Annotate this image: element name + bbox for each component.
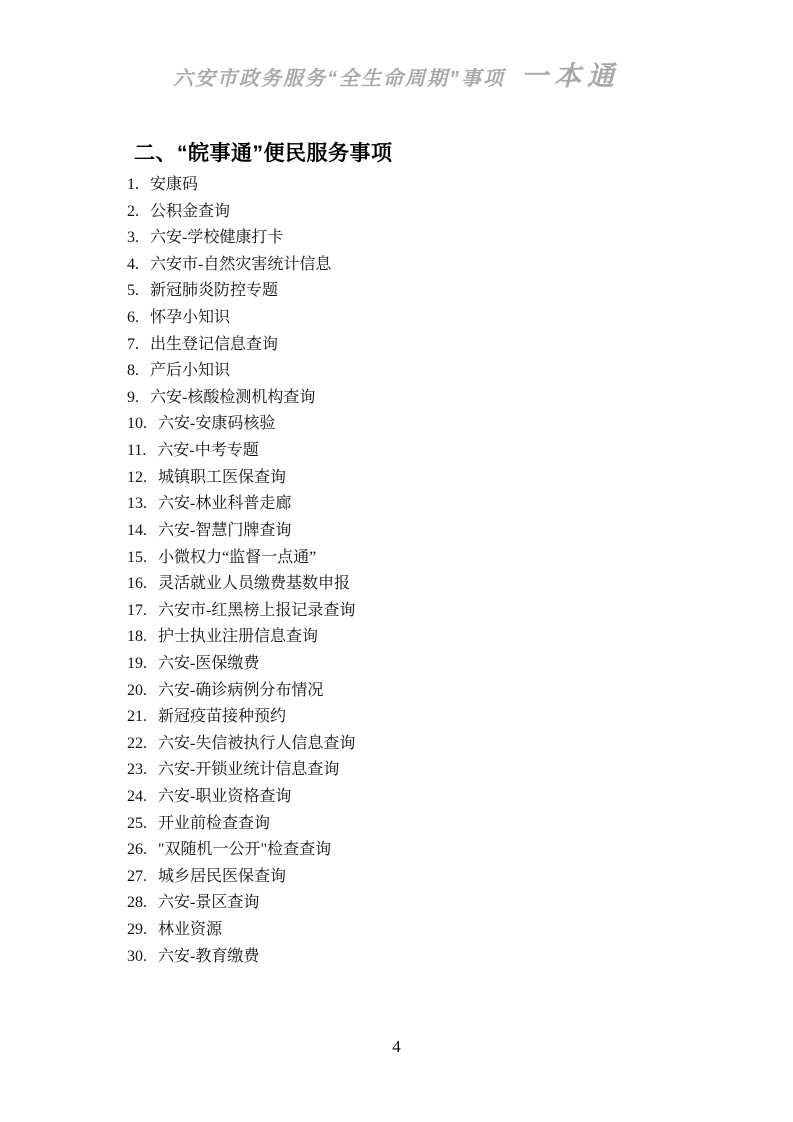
list-item-number: 6. [127,309,139,326]
list-item-number: 3. [127,229,139,246]
document-page: 六安市政务服务“全生命周期”事项 一本通 二、“皖事通”便民服务事项 1. 安康… [0,0,793,1122]
page-number: 4 [392,1037,401,1056]
list-item: 5. 新冠肺炎防控专题 [127,278,743,305]
list-item: 4. 六安市-自然灾害统计信息 [127,252,743,279]
list-item-label: 六安-确诊病例分布情况 [158,682,323,699]
list-item-number: 11. [127,442,146,459]
list-item-number: 10. [127,415,147,432]
list-item: 6. 怀孕小知识 [127,305,743,332]
list-item: 14. 六安-智慧门牌查询 [127,518,743,545]
list-item: 12. 城镇职工医保查询 [127,465,743,492]
list-item-number: 24. [127,788,147,805]
list-item: 17. 六安市-红黑榜上报记录查询 [127,598,743,625]
list-item: 22. 六安-失信被执行人信息查询 [127,731,743,758]
list-item: 2. 公积金查询 [127,199,743,226]
list-item-number: 27. [127,868,147,885]
list-item: 19. 六安-医保缴费 [127,651,743,678]
list-item-label: 城镇职工医保查询 [158,469,286,486]
list-item-label: 六安-林业科普走廊 [158,495,291,512]
list-item: 24. 六安-职业资格查询 [127,784,743,811]
list-item-label: 开业前检查查询 [158,815,270,832]
list-item-label: 新冠肺炎防控专题 [150,282,278,299]
list-item-number: 5. [127,282,139,299]
list-item: 20. 六安-确诊病例分布情况 [127,678,743,705]
list-item-label: 出生登记信息查询 [150,336,278,353]
list-item-label: 怀孕小知识 [150,309,230,326]
list-item-number: 14. [127,522,147,539]
list-item: 8. 产后小知识 [127,358,743,385]
list-item-number: 29. [127,921,147,938]
list-item-number: 12. [127,469,147,486]
list-item-number: 17. [127,602,147,619]
list-item: 9. 六安-核酸检测机构查询 [127,385,743,412]
list-item-number: 4. [127,256,139,273]
list-item: 16. 灵活就业人员缴费基数申报 [127,571,743,598]
list-item-label: "双随机一公开"检查查询 [158,841,331,858]
list-item-number: 16. [127,575,147,592]
list-item-label: 六安-失信被执行人信息查询 [158,735,355,752]
running-header-title: 六安市政务服务“全生命周期”事项 [173,62,505,91]
list-item-label: 护士执业注册信息查询 [158,628,318,645]
list-item: 3. 六安-学校健康打卡 [127,225,743,252]
list-item-number: 25. [127,815,147,832]
list-item-number: 26. [127,841,147,858]
list-item-number: 19. [127,655,147,672]
list-item-label: 小微权力“监督一点通” [158,549,316,566]
list-item: 27. 城乡居民医保查询 [127,864,743,891]
list-item-number: 18. [127,628,147,645]
list-item-number: 2. [127,203,139,220]
list-item-number: 28. [127,894,147,911]
list-item-label: 产后小知识 [150,362,230,379]
list-item: 18. 护士执业注册信息查询 [127,624,743,651]
list-item-number: 21. [127,708,147,725]
list-item-label: 新冠疫苗接种预约 [158,708,286,725]
list-item-label: 六安-中考专题 [157,442,258,459]
list-item: 25. 开业前检查查询 [127,811,743,838]
list-item: 28. 六安-景区查询 [127,890,743,917]
list-item-number: 9. [127,389,139,406]
list-item-label: 灵活就业人员缴费基数申报 [158,575,350,592]
page-footer: 4 [0,1037,793,1057]
list-item-number: 7. [127,336,139,353]
list-item-label: 林业资源 [158,921,222,938]
list-item-label: 六安-安康码核验 [158,415,275,432]
list-item-label: 安康码 [150,176,198,193]
list-item: 13. 六安-林业科普走廊 [127,491,743,518]
list-item-label: 六安-学校健康打卡 [150,229,283,246]
list-item: 15. 小微权力“监督一点通” [127,545,743,572]
list-item-label: 六安-核酸检测机构查询 [150,389,315,406]
list-item: 7. 出生登记信息查询 [127,332,743,359]
list-item: 10. 六安-安康码核验 [127,411,743,438]
list-item-label: 六安-教育缴费 [158,948,259,965]
list-item: 23. 六安-开锁业统计信息查询 [127,757,743,784]
brand-wordmark: 一本通 [521,54,620,93]
list-item-number: 13. [127,495,147,512]
list-item-number: 23. [127,761,147,778]
list-item-label: 公积金查询 [150,203,230,220]
section-title: 二、“皖事通”便民服务事项 [134,142,743,165]
list-item-label: 六安-开锁业统计信息查询 [158,761,339,778]
list-item: 26. "双随机一公开"检查查询 [127,837,743,864]
list-item-label: 六安-景区查询 [158,894,259,911]
list-item-number: 8. [127,362,139,379]
list-item: 11. 六安-中考专题 [127,438,743,465]
list-item: 30. 六安-教育缴费 [127,944,743,971]
list-item-label: 六安-医保缴费 [158,655,259,672]
content-area: 二、“皖事通”便民服务事项 1. 安康码 2. 公积金查询 3. 六安-学校健康… [127,142,743,970]
list-item-number: 30. [127,948,147,965]
list-item-label: 六安-智慧门牌查询 [158,522,291,539]
list-item: 21. 新冠疫苗接种预约 [127,704,743,731]
list-item-number: 1. [127,176,139,193]
page-running-header: 六安市政务服务“全生命周期”事项 一本通 [0,54,793,93]
list-item-number: 15. [127,549,147,566]
list-item-label: 六安市-红黑榜上报记录查询 [158,602,355,619]
list-item-label: 六安-职业资格查询 [158,788,291,805]
list-item-number: 20. [127,682,147,699]
list-item: 29. 林业资源 [127,917,743,944]
service-list: 1. 安康码 2. 公积金查询 3. 六安-学校健康打卡 4. 六安市-自然灾害… [127,172,743,970]
list-item-number: 22. [127,735,147,752]
list-item-label: 六安市-自然灾害统计信息 [150,256,331,273]
list-item: 1. 安康码 [127,172,743,199]
list-item-label: 城乡居民医保查询 [158,868,286,885]
